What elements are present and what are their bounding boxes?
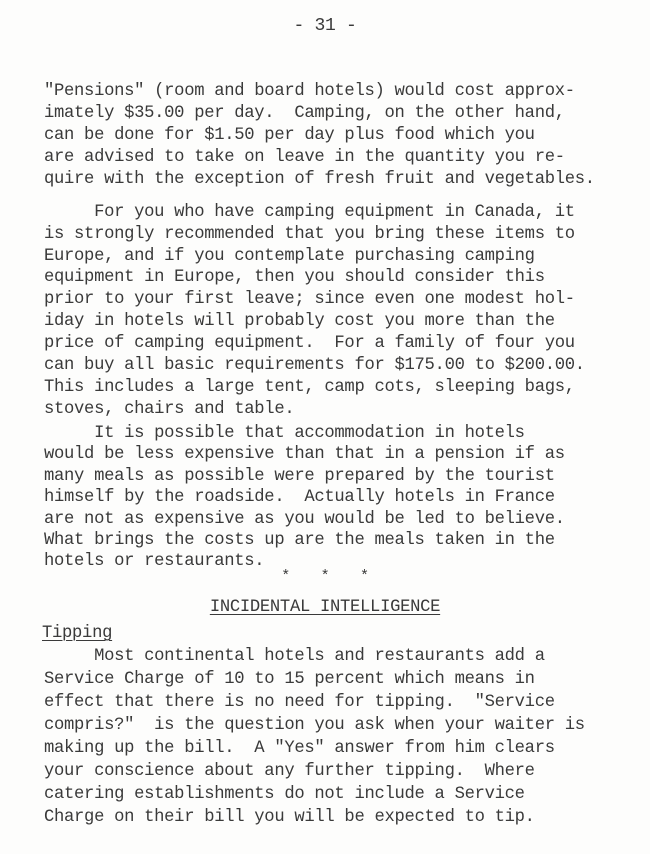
text-line: catering establishments do not include a… bbox=[44, 785, 525, 804]
text-line: This includes a large tent, camp cots, s… bbox=[44, 378, 575, 397]
section-heading-text: INCIDENTAL INTELLIGENCE bbox=[210, 598, 440, 617]
text-line: What brings the costs up are the meals t… bbox=[44, 531, 555, 550]
text-line: prior to your first leave; since even on… bbox=[44, 290, 575, 309]
text-line: Europe, and if you contemplate purchasin… bbox=[44, 247, 535, 266]
text-line: Charge on their bill you will be expecte… bbox=[44, 808, 535, 827]
text-line: are advised to take on leave in the quan… bbox=[44, 148, 565, 167]
page-number: - 31 - bbox=[0, 16, 650, 36]
text-line: imately $35.00 per day. Camping, on the … bbox=[44, 104, 565, 123]
text-line: Most continental hotels and restaurants … bbox=[44, 647, 545, 666]
text-line: would be less expensive than that in a p… bbox=[44, 445, 565, 464]
text-line: quire with the exception of fresh fruit … bbox=[44, 170, 595, 189]
subsection-title-text: Tipping bbox=[42, 624, 112, 643]
text-line: many meals as possible were prepared by … bbox=[44, 467, 555, 486]
document-page: - 31 - "Pensions" (room and board hotels… bbox=[0, 0, 650, 854]
text-line: compris?" is the question you ask when y… bbox=[44, 716, 585, 735]
text-line: are not as expensive as you would be led… bbox=[44, 510, 565, 529]
text-line: effect that there is no need for tipping… bbox=[44, 693, 555, 712]
text-line: price of camping equipment. For a family… bbox=[44, 334, 575, 353]
text-line: Service Charge of 10 to 15 percent which… bbox=[44, 670, 535, 689]
text-line: making up the bill. A "Yes" answer from … bbox=[44, 739, 555, 758]
text-line: is strongly recommended that you bring t… bbox=[44, 225, 575, 244]
text-line: It is possible that accommodation in hot… bbox=[44, 424, 525, 443]
text-line: himself by the roadside. Actually hotels… bbox=[44, 488, 555, 507]
text-line: equipment in Europe, then you should con… bbox=[44, 268, 545, 287]
text-line: your conscience about any further tippin… bbox=[44, 762, 535, 781]
text-line: "Pensions" (room and board hotels) would… bbox=[44, 82, 575, 101]
text-line: stoves, chairs and table. bbox=[44, 400, 294, 419]
text-line: For you who have camping equipment in Ca… bbox=[44, 203, 575, 222]
text-line: can be done for $1.50 per day plus food … bbox=[44, 126, 535, 145]
text-line: can buy all basic requirements for $175.… bbox=[44, 356, 585, 375]
subsection-title: Tipping bbox=[42, 624, 112, 643]
text-line: iday in hotels will probably cost you mo… bbox=[44, 312, 555, 331]
section-heading: INCIDENTAL INTELLIGENCE bbox=[0, 598, 650, 617]
section-separator: * * * bbox=[0, 568, 650, 585]
